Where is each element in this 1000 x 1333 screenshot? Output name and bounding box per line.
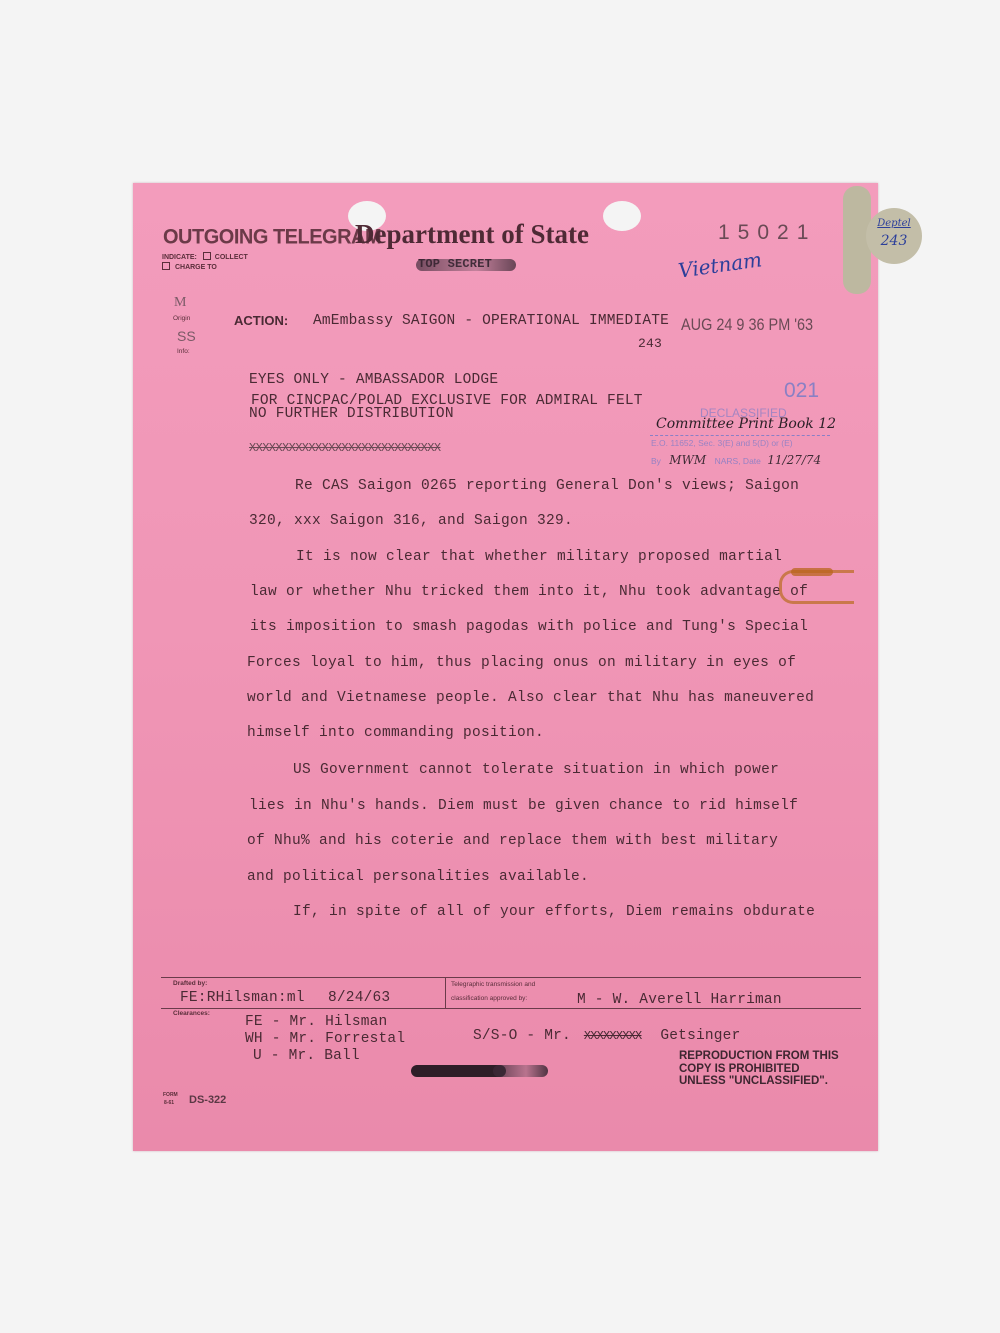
body-line: lies in Nhu's hands. Diem must be given …: [249, 798, 798, 814]
indicate-text: INDICATE:: [162, 254, 197, 261]
body-line: If, in spite of all of your efforts, Die…: [293, 904, 815, 920]
footer-rule-top: [161, 977, 861, 978]
file-tab-line-2: 243: [866, 233, 922, 249]
no-distribution-line: NO FURTHER DISTRIBUTION: [249, 406, 454, 422]
action-timestamp: AUG 24 9 36 PM '63: [681, 315, 813, 335]
form-date: 8-61: [164, 1100, 174, 1106]
ss-clearance-name: Getsinger: [660, 1028, 740, 1044]
form-label: FORM: [163, 1092, 178, 1098]
handwritten-subject: Vietnam: [677, 247, 764, 282]
clearance-2: WH - Mr. Forrestal: [245, 1031, 405, 1047]
action-label: ACTION:: [234, 313, 288, 328]
handwritten-authority: Committee Print Book 12: [656, 416, 836, 432]
clearance-1: FE - Mr. Hilsman: [245, 1014, 387, 1030]
collect-text: COLLECT: [215, 254, 248, 261]
body-line: world and Vietnamese people. Also clear …: [247, 690, 814, 706]
info-label: Info:: [177, 348, 190, 355]
approval-label-2: classification approved by:: [451, 995, 527, 1002]
telegram-page: OUTGOING TELEGRAM Department of State IN…: [133, 183, 878, 1151]
info-value: SS: [177, 328, 196, 344]
file-tab[interactable]: Deptel 243: [866, 208, 922, 264]
charge-to-checkbox[interactable]: [162, 262, 170, 270]
ss-clearance-struck: XXXXXXXXX: [584, 1029, 642, 1043]
clearances-label: Clearances:: [173, 1010, 210, 1017]
body-line: It is now clear that whether military pr…: [296, 549, 782, 565]
stamp-rule-top: [650, 435, 830, 436]
body-line: himself into commanding position.: [247, 725, 544, 741]
drafted-by-label: Drafted by:: [173, 980, 207, 987]
body-line: of Nhu% and his coterie and replace them…: [247, 833, 778, 849]
by-initials: MWM: [669, 453, 706, 467]
form-number: DS-322: [189, 1094, 226, 1106]
telegram-number: 15021: [718, 221, 816, 245]
struck-out-line: XXXXXXXXXXXXXXXXXXXXXXXXXXXXX: [249, 441, 440, 455]
action-text: AmEmbassy SAIGON - OPERATIONAL IMMEDIATE: [313, 313, 669, 329]
coffee-stain-blob: [791, 568, 833, 576]
punch-hole-right: [603, 201, 641, 231]
notice-line-3: UNLESS "UNCLASSIFIED".: [679, 1075, 839, 1088]
body-line: and political personalities available.: [247, 869, 589, 885]
form-type-title: OUTGOING TELEGRAM: [163, 225, 381, 249]
charge-to-label: CHARGE TO: [162, 262, 217, 271]
origin-value: M: [174, 295, 186, 311]
reproduction-notice: REPRODUCTION FROM THIS COPY IS PROHIBITE…: [679, 1050, 839, 1088]
marker-redaction-bottom-fade: [493, 1065, 548, 1077]
indicate-label: INDICATE: COLLECT: [162, 252, 248, 261]
drafted-date: 8/24/63: [328, 990, 390, 1006]
body-line: 320, xxx Saigon 316, and Saigon 329.: [249, 513, 573, 529]
declass-by-row: By MWM NARS, Date 11/27/74: [651, 453, 821, 467]
ss-clearance-prefix: S/S-O - Mr.: [473, 1028, 571, 1044]
body-line: its imposition to smash pagodas with pol…: [250, 619, 808, 635]
notice-line-1: REPRODUCTION FROM THIS: [679, 1050, 839, 1063]
body-line: Forces loyal to him, thus placing onus o…: [247, 655, 796, 671]
eyes-only-line: EYES ONLY - AMBASSADOR LODGE: [249, 372, 498, 388]
drafted-by: FE:RHilsman:ml: [180, 990, 305, 1006]
charge-to-text: CHARGE TO: [175, 264, 217, 271]
agency-title: Department of State: [355, 219, 589, 250]
file-tab-line-1: Deptel: [866, 218, 922, 229]
body-line: law or whether Nhu tricked them into it,…: [250, 584, 808, 600]
copy-number: 021: [784, 379, 819, 403]
footer-rule-mid: [161, 1008, 861, 1009]
action-number: 243: [638, 336, 662, 351]
clearance-3: U - Mr. Ball: [253, 1048, 360, 1064]
notice-line-2: COPY IS PROHIBITED: [679, 1063, 839, 1076]
body-line: Re CAS Saigon 0265 reporting General Don…: [295, 478, 799, 494]
origin-label: Origin: [173, 315, 190, 322]
collect-checkbox[interactable]: [203, 252, 211, 260]
marker-redaction-top: [416, 259, 516, 271]
approved-by: M - W. Averell Harriman: [577, 992, 782, 1008]
approval-label-1: Telegraphic transmission and: [451, 981, 535, 988]
body-line: US Government cannot tolerate situation …: [293, 762, 779, 778]
by-label: By: [651, 456, 661, 466]
marker-redaction-bottom: [411, 1065, 506, 1077]
authority-line: E.O. 11652, Sec. 3(E) and 5(D) or (E): [651, 438, 793, 448]
nars-label: NARS, Date: [715, 456, 761, 466]
footer-divider: [445, 977, 446, 1008]
ss-clearance: S/S-O - Mr. XXXXXXXXX Getsinger: [473, 1028, 740, 1044]
declass-date: 11/27/74: [767, 453, 821, 467]
